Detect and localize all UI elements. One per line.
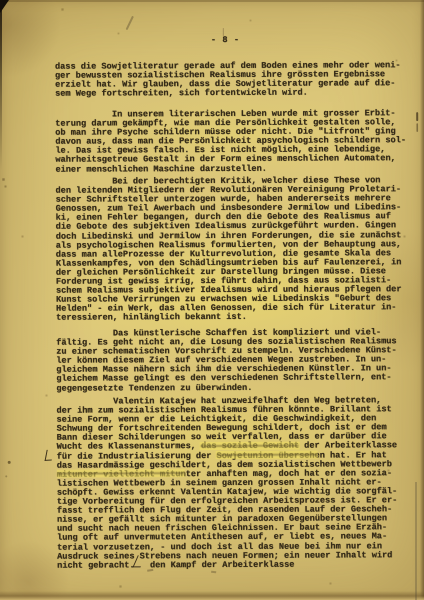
paragraph-2: In unserem literarischen Leben wurde mit… (55, 109, 415, 174)
paragraph-3: Bei der berechtigten Kritik, welcher die… (55, 176, 416, 323)
page-number: - 8 - (211, 36, 240, 45)
margin-asterisk-icon (8, 461, 11, 464)
margin-bracket-icon (45, 450, 54, 461)
typewritten-text-layer: - 8 - dass die Sowjetliteratur gerade au… (0, 0, 424, 600)
scanned-document-page: - 8 - dass die Sowjetliteratur gerade au… (0, 0, 424, 600)
overtype-smudge-sowjetunion (216, 451, 318, 459)
overtype-smudge-mitunter (57, 469, 185, 477)
paragraph-5: Valentin Katajew hat unzweifelhaft den W… (56, 396, 417, 570)
pencil-slash-icon (126, 16, 134, 30)
pencil-dash-icon (147, 569, 153, 571)
pencil-dash-icon (211, 571, 216, 573)
pencil-tick-icon (223, 28, 224, 36)
overtype-smudge-soziale-gewicht (200, 442, 300, 450)
paragraph-4: Das künstlerische Schaffen ist komplizie… (56, 328, 416, 393)
ink-mark-icon (416, 112, 418, 121)
paragraph-1: dass die Sowjetliteratur gerade auf dem … (55, 61, 415, 99)
